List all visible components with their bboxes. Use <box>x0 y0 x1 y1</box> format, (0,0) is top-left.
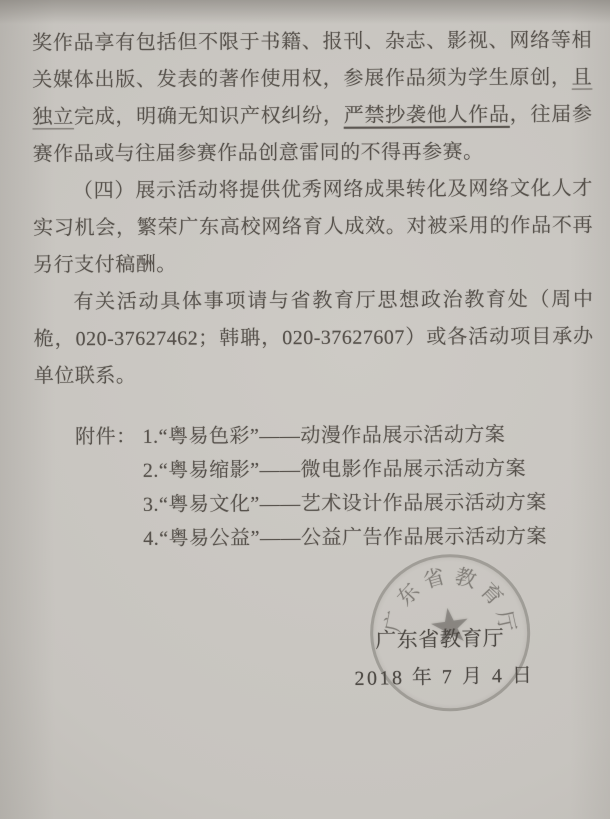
p3-phone-2: 020-37627607 <box>282 326 405 349</box>
attachment-item-1: 1.“粤易色彩”——动漫作品展示活动方案 <box>143 418 547 454</box>
document-page: 奖作品享有包括但不限于书籍、报刊、杂志、影视、网络等相关媒体出版、发表的著作使用… <box>0 0 610 819</box>
signature-date: 2018 年 7 月 4 日 <box>354 659 535 691</box>
paragraph-contact: 有关活动具体事项请与省教育厅思想政治教育处（周中桅，020-37627462；韩… <box>33 281 594 395</box>
p3-text-b: 韩聃， <box>219 327 283 349</box>
p1-underline-no-plagiarism: 严禁抄袭他人作品 <box>344 104 510 127</box>
attachment-item-3: 3.“粤易文化”——艺术设计作品展示活动方案 <box>143 486 547 522</box>
attachment-item-4: 4.“粤易公益”——公益广告作品展示活动方案 <box>143 520 547 556</box>
attachments-label: 附件： <box>75 420 137 454</box>
p3-phone-1: 020-37627462； <box>76 327 219 350</box>
attachments-list: 1.“粤易色彩”——动漫作品展示活动方案 2.“粤易缩影”——微电影作品展示活动… <box>143 418 547 556</box>
attachment-item-2: 2.“粤易缩影”——微电影作品展示活动方案 <box>143 452 547 488</box>
attachments-block: 附件： 1.“粤易色彩”——动漫作品展示活动方案 2.“粤易缩影”——微电影作品… <box>75 418 547 556</box>
p1-text-b: 完成，明确无知识产权纠纷， <box>74 105 344 128</box>
signature-agency: 广东省教育厅 <box>375 622 505 654</box>
paragraph-item-four: （四）展示活动将提供优秀网络成果转化及网络文化人才实习机会，繁荣广东高校网络育人… <box>33 170 594 284</box>
document-body: 奖作品享有包括但不限于书籍、报刊、杂志、影视、网络等相关媒体出版、发表的著作使用… <box>32 22 594 395</box>
document-photo: 奖作品享有包括但不限于书籍、报刊、杂志、影视、网络等相关媒体出版、发表的著作使用… <box>0 0 610 819</box>
p1-text-a: 奖作品享有包括但不限于书籍、报刊、杂志、影视、网络等相关媒体出版、发表的著作使用… <box>32 29 592 91</box>
paragraph-copyright: 奖作品享有包括但不限于书籍、报刊、杂志、影视、网络等相关媒体出版、发表的著作使用… <box>32 22 593 173</box>
